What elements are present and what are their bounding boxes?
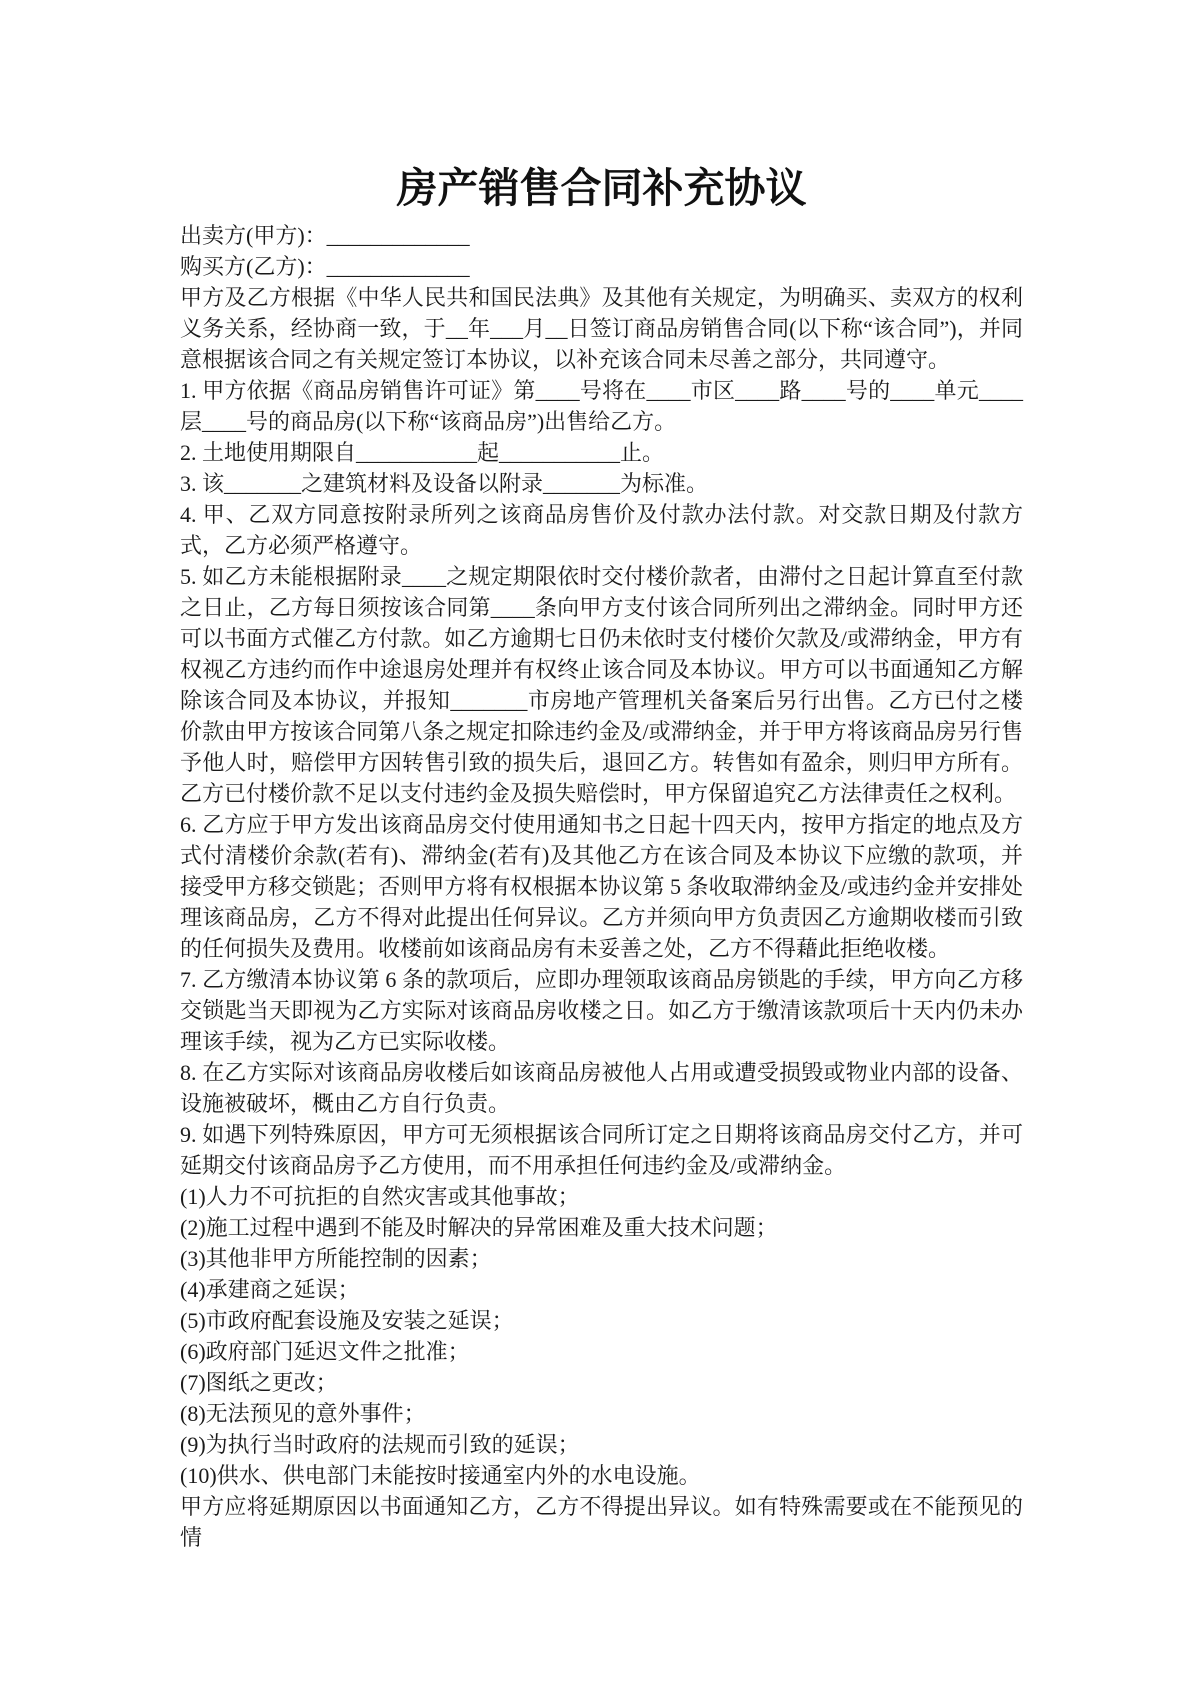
subclause-7: (7)图纸之更改； <box>180 1367 1023 1398</box>
subclause-8: (8)无法预见的意外事件； <box>180 1398 1023 1429</box>
subclause-2: (2)施工过程中遇到不能及时解决的异常困难及重大技术问题； <box>180 1212 1023 1243</box>
intro-paragraph: 甲方及乙方根据《中华人民共和国民法典》及其他有关规定，为明确买、卖双方的权利义务… <box>180 282 1023 375</box>
buyer-blank-field[interactable]: _____________ <box>327 254 470 279</box>
clause-4: 4. 甲、乙双方同意按附录所列之该商品房售价及付款办法付款。对交款日期及付款方式… <box>180 499 1023 561</box>
buyer-line: 购买方(乙方)：_____________ <box>180 251 1023 282</box>
clause-7: 7. 乙方缴清本协议第 6 条的款项后，应即办理领取该商品房锁匙的手续，甲方向乙… <box>180 964 1023 1057</box>
subclause-10: (10)供水、供电部门未能按时接通室内外的水电设施。 <box>180 1460 1023 1491</box>
document-page: 房产销售合同补充协议 出卖方(甲方)：_____________ 购买方(乙方)… <box>0 0 1190 1683</box>
clause-2: 2. 土地使用期限自___________起___________止。 <box>180 437 1023 468</box>
clause-8: 8. 在乙方实际对该商品房收楼后如该商品房被他人占用或遭受损毁或物业内部的设备、… <box>180 1057 1023 1119</box>
subclause-4: (4)承建商之延误； <box>180 1274 1023 1305</box>
document-content: 房产销售合同补充协议 出卖方(甲方)：_____________ 购买方(乙方)… <box>180 0 1023 1553</box>
delay-notice-paragraph: 甲方应将延期原因以书面通知乙方，乙方不得提出异议。如有特殊需要或在不能预见的情 <box>180 1491 1023 1553</box>
buyer-label: 购买方(乙方)： <box>180 254 327 279</box>
subclause-3: (3)其他非甲方所能控制的因素； <box>180 1243 1023 1274</box>
seller-blank-field[interactable]: _____________ <box>327 223 470 248</box>
seller-label: 出卖方(甲方)： <box>180 223 327 248</box>
subclause-1: (1)人力不可抗拒的自然灾害或其他事故； <box>180 1181 1023 1212</box>
subclause-9: (9)为执行当时政府的法规而引致的延误； <box>180 1429 1023 1460</box>
clause-9: 9. 如遇下列特殊原因，甲方可无须根据该合同所订定之日期将该商品房交付乙方，并可… <box>180 1119 1023 1181</box>
document-body: 出卖方(甲方)：_____________ 购买方(乙方)：__________… <box>180 220 1023 1553</box>
seller-line: 出卖方(甲方)：_____________ <box>180 220 1023 251</box>
subclause-5: (5)市政府配套设施及安装之延误； <box>180 1305 1023 1336</box>
subclause-6: (6)政府部门延迟文件之批准； <box>180 1336 1023 1367</box>
clause-1: 1. 甲方依据《商品房销售许可证》第____号将在____市区____路____… <box>180 375 1023 437</box>
clause-5: 5. 如乙方未能根据附录____之规定期限依时交付楼价款者，由滞付之日起计算直至… <box>180 561 1023 809</box>
clause-6: 6. 乙方应于甲方发出该商品房交付使用通知书之日起十四天内，按甲方指定的地点及方… <box>180 809 1023 964</box>
clause-3: 3. 该_______之建筑材料及设备以附录_______为标准。 <box>180 468 1023 499</box>
page-title: 房产销售合同补充协议 <box>180 166 1023 210</box>
